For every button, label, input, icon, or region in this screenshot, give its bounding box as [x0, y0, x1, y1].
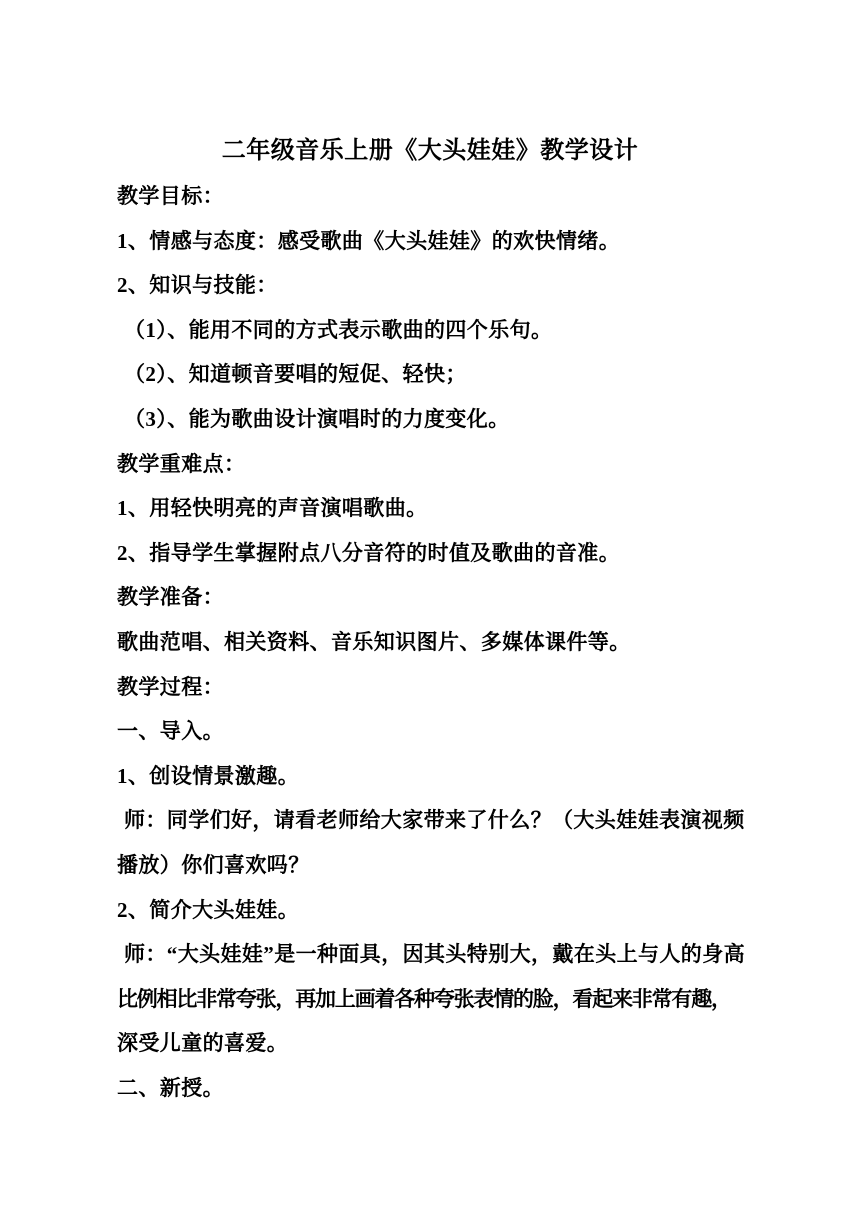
doc-line-heading-goals: 教学目标： [117, 174, 750, 219]
doc-line: 2、简介大头娃娃。 [117, 888, 750, 933]
document-body: 二年级音乐上册《大头娃娃》教学设计 教学目标： 1、情感与态度：感受歌曲《大头娃… [0, 129, 860, 1110]
doc-line: 播放）你们喜欢吗？ [117, 843, 750, 888]
doc-line: 2、指导学生掌握附点八分音符的时值及歌曲的音准。 [117, 531, 750, 576]
doc-line: 1、用轻快明亮的声音演唱歌曲。 [117, 486, 750, 531]
doc-line: 1、情感与态度：感受歌曲《大头娃娃》的欢快情绪。 [117, 219, 750, 264]
document-title: 二年级音乐上册《大头娃娃》教学设计 [0, 129, 860, 174]
doc-line: 1、创设情景激趣。 [117, 754, 750, 799]
doc-line: 一、导入。 [117, 709, 750, 754]
doc-line: 二、新授。 [117, 1066, 750, 1111]
doc-line-heading-preparation: 教学准备： [117, 575, 750, 620]
doc-line: 2、知识与技能： [117, 263, 750, 308]
document-page: 二年级音乐上册《大头娃娃》教学设计 教学目标： 1、情感与态度：感受歌曲《大头娃… [0, 0, 860, 1216]
doc-line: 歌曲范唱、相关资料、音乐知识图片、多媒体课件等。 [117, 620, 750, 665]
doc-line: 比例相比非常夸张，再加上画着各种夸张表情的脸，看起来非常有趣， [117, 977, 750, 1022]
doc-line: 师：同学们好，请看老师给大家带来了什么？（大头娃娃表演视频 [124, 798, 750, 843]
doc-line-heading-key-points: 教学重难点： [117, 442, 750, 487]
doc-line: （2）、知道顿音要唱的短促、轻快； [124, 352, 750, 397]
doc-line: 师：“大头娃娃”是一种面具，因其头特别大，戴在头上与人的身高 [124, 932, 750, 977]
doc-line: （3）、能为歌曲设计演唱时的力度变化。 [124, 397, 750, 442]
doc-line: 深受儿童的喜爱。 [117, 1021, 750, 1066]
doc-line: （1）、能用不同的方式表示歌曲的四个乐句。 [124, 308, 750, 353]
doc-line-heading-process: 教学过程： [117, 665, 750, 710]
